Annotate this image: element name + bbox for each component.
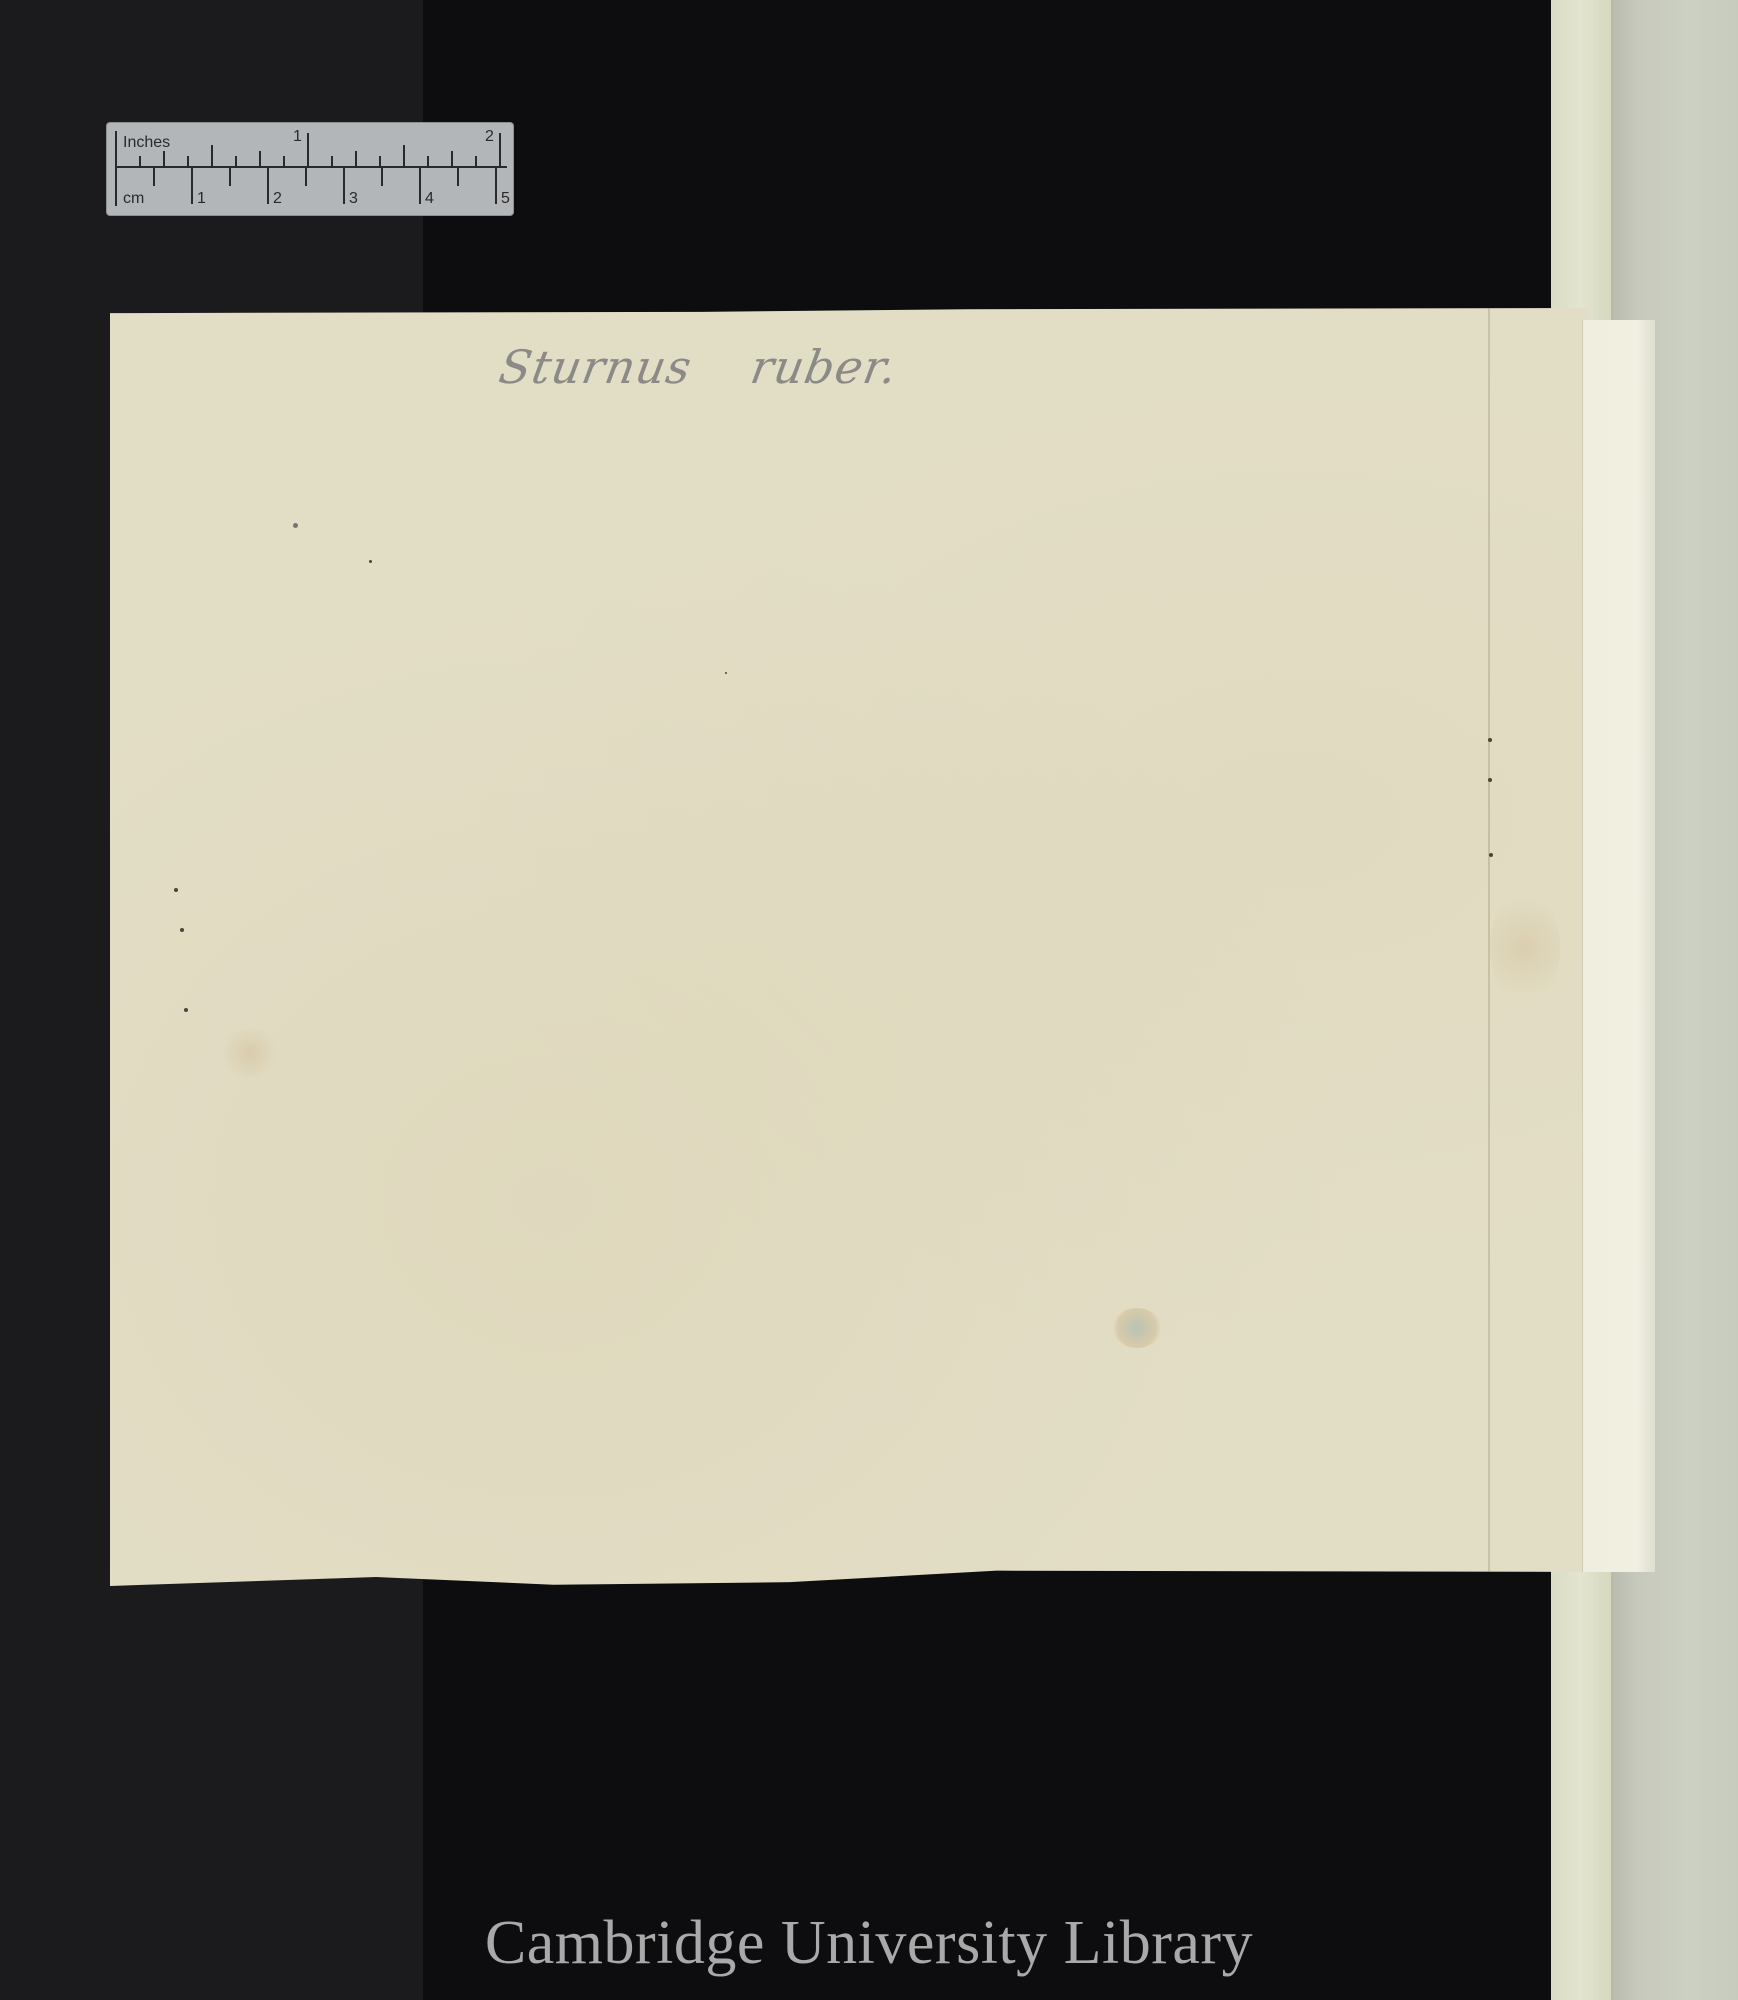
stitch-hole	[184, 1008, 188, 1012]
stitch-hole	[1489, 853, 1493, 857]
scale-ruler: Inches 1 2 cm 1 2 3 4 5	[107, 123, 513, 215]
ruler-tick	[495, 168, 497, 204]
ruler-inch-label: 2	[485, 129, 494, 145]
ruler-tick	[331, 156, 333, 168]
ruler-tick	[419, 168, 421, 204]
annotation-word: ruber.	[747, 340, 902, 394]
ruler-tick	[163, 151, 165, 168]
ruler-tick	[305, 168, 307, 186]
ruler-tick	[115, 131, 117, 168]
ruler-tick	[115, 168, 117, 206]
ruler-cm-number: 4	[425, 191, 434, 207]
institution-watermark: Cambridge University Library	[0, 1908, 1738, 1979]
ruler-tick	[153, 168, 155, 186]
ruler-tick	[381, 168, 383, 186]
ruler-tick	[403, 145, 405, 168]
ruler-tick	[211, 145, 213, 168]
handwritten-annotation: Sturnusruber.	[495, 340, 962, 394]
ruler-inches-label: Inches	[123, 135, 170, 151]
ruler-tick	[499, 133, 501, 168]
stitch-hole	[174, 888, 178, 892]
stitch-hole	[1488, 778, 1492, 782]
ruler-cm-number: 3	[349, 191, 358, 207]
ruler-tick	[427, 156, 429, 168]
ruler-cm-number: 1	[197, 191, 206, 207]
ruler-tick	[451, 151, 453, 168]
foxing-stain	[1490, 888, 1560, 1008]
ruler-tick	[355, 151, 357, 168]
document-sheet	[110, 308, 1588, 1586]
ruler-tick	[229, 168, 231, 186]
foxing-stain	[220, 1028, 280, 1078]
stitch-hole	[1488, 738, 1492, 742]
ruler-tick	[283, 156, 285, 168]
water-stain	[1112, 1308, 1162, 1348]
ruler-tick	[343, 168, 345, 204]
ruler-cm-label: cm	[123, 191, 144, 207]
ruler-tick	[267, 168, 269, 204]
ruler-tick	[259, 151, 261, 168]
ruler-tick	[139, 156, 141, 168]
ruler-cm-number: 5	[501, 191, 510, 207]
ruler-tick	[475, 156, 477, 168]
ruler-inch-label: 1	[293, 129, 302, 145]
mounting-tab	[1583, 320, 1655, 1572]
stitch-hole	[180, 928, 184, 932]
ruler-baseline	[115, 166, 507, 168]
speck	[725, 672, 727, 674]
speck	[369, 560, 372, 563]
speck	[293, 523, 298, 528]
ruler-cm-number: 2	[273, 191, 282, 207]
ruler-tick	[457, 168, 459, 186]
annotation-word: Sturnus	[495, 340, 696, 394]
ruler-tick	[191, 168, 193, 204]
ruler-tick	[307, 133, 309, 168]
ruler-tick	[187, 156, 189, 168]
ruler-tick	[379, 156, 381, 168]
ruler-tick	[235, 156, 237, 168]
